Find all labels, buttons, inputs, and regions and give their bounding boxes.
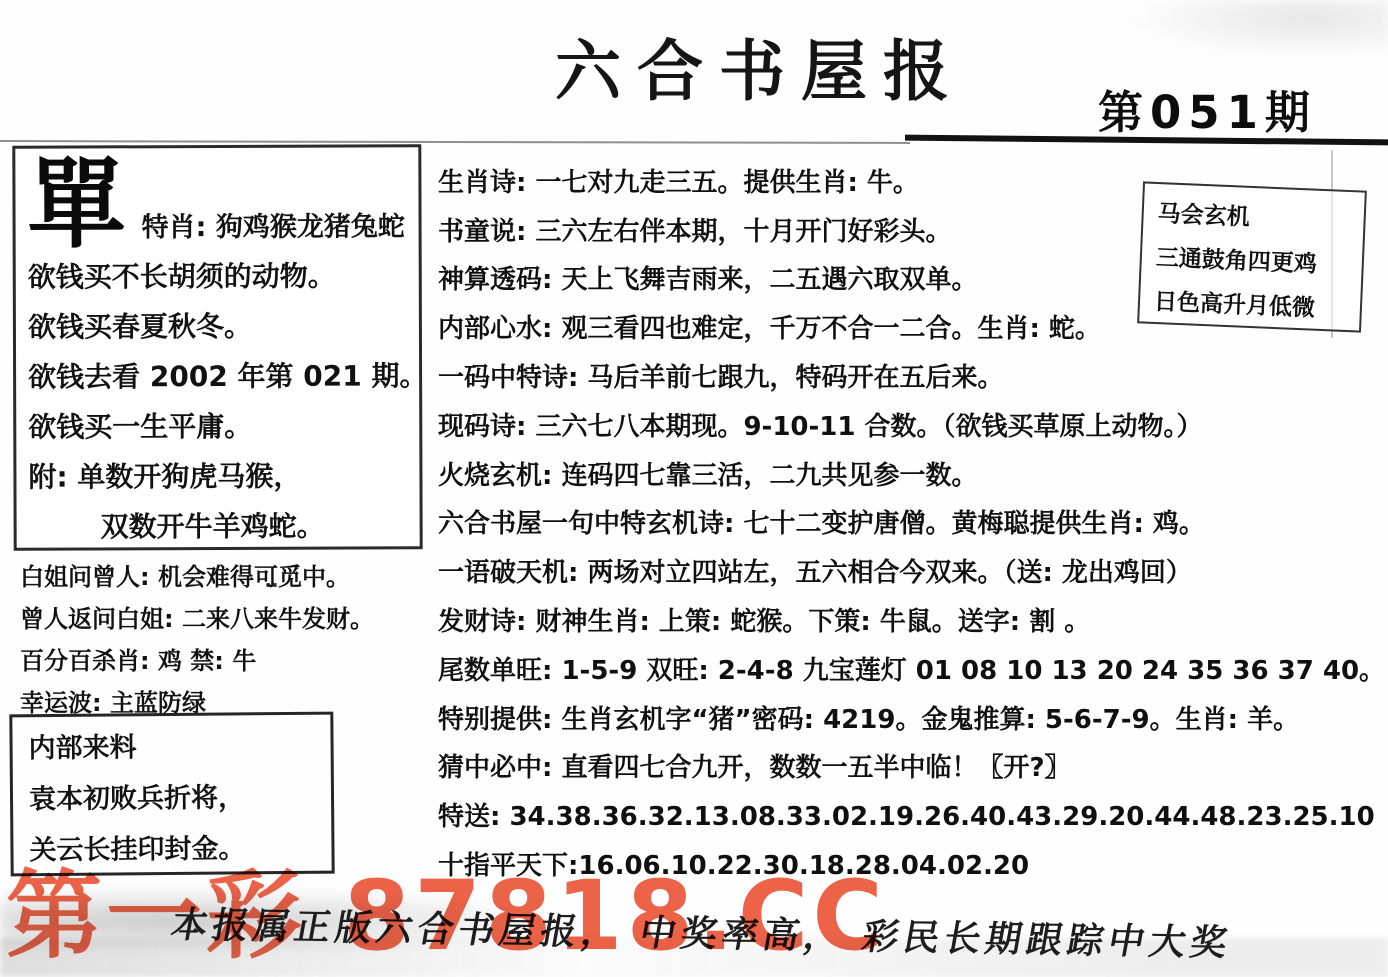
big-character-dan: 單 [27, 159, 125, 252]
prediction-line: 火烧玄机: 连码四七靠三活，二九共见参一数。 [438, 449, 1358, 498]
prediction-line: 猜中必中: 直看四七合九开，数数一五半中临！〖开?〗 [438, 742, 1358, 791]
prediction-line: 发财诗: 财神生肖: 上策: 蛇猴。下策: 牛鼠。送字: 割 。 [438, 595, 1358, 644]
single-box-line: 欲钱去看 2002 年第 021 期。 [28, 351, 409, 402]
prediction-line: 特送: 34.38.36.32.13.08.33.02.19.26.40.43.… [438, 790, 1358, 839]
prediction-line: 特别提供: 生肖玄机字“猪”密码: 4219。金鬼推算: 5-6-7-9。生肖:… [438, 693, 1358, 742]
single-box-header: 單 特肖: 狗鸡猴龙猪兔蛇 [27, 151, 408, 252]
single-box-line: 欲钱买不长胡须的动物。 [28, 251, 409, 302]
left-note: 曾人返问白姐: 二来八来牛发财。 [20, 598, 374, 640]
scan-smudge [1120, 0, 1388, 60]
single-box-line: 欲钱买春夏秋冬。 [28, 301, 409, 352]
issue-number: 第051期 [1098, 76, 1317, 141]
left-notes: 白姐问曾人: 机会难得可觅中。 曾人返问白姐: 二来八来牛发财。 百分百杀肖: … [20, 556, 374, 724]
newspaper-page: 六合书屋报 第051期 單 特肖: 狗鸡猴龙猪兔蛇 欲钱买不长胡须的动物。 欲钱… [0, 0, 1388, 977]
watermark-site-ad: 第一彩 87818.CC [6, 840, 887, 977]
single-box-line: 附: 单数开狗虎马猴， [28, 451, 409, 502]
hint-box-line: 日色高升月低微 [1153, 280, 1347, 332]
texiao-line: 特肖: 狗鸡猴龙猪兔蛇 [142, 204, 405, 252]
single-prediction-box: 單 特肖: 狗鸡猴龙猪兔蛇 欲钱买不长胡须的动物。 欲钱买春夏秋冬。 欲钱去看 … [12, 144, 422, 550]
single-box-line: 双数开牛羊鸡蛇。 [29, 501, 410, 552]
insider-box-line: 袁本初败兵折将， [29, 772, 315, 825]
prediction-line: 现码诗: 三六七八本期现。9-10-11 合数。（欲钱买草原上动物。） [438, 400, 1358, 449]
divider-thin [0, 140, 910, 144]
prediction-line: 六合书屋一句中特玄机诗: 七十二变护唐僧。黄梅聪提供生肖: 鸡。 [438, 498, 1358, 547]
page-title: 六合书屋报 [440, 18, 1080, 113]
horse-club-mystery-box: 马会玄机 三通鼓角四更鸡 日色高升月低微 [1137, 181, 1367, 332]
prediction-line: 一语破天机: 两场对立四站左，五六相合今双来。（送: 龙出鸡回） [438, 546, 1358, 595]
insider-box-title: 内部来料 [28, 721, 314, 774]
left-note: 百分百杀肖: 鸡 禁: 牛 [20, 640, 374, 682]
prediction-line: 尾数单旺: 1-5-9 双旺: 2-4-8 九宝莲灯 01 08 10 13 2… [438, 644, 1358, 693]
left-note: 白姐问曾人: 机会难得可觅中。 [20, 556, 374, 598]
single-box-line: 欲钱买一生平庸。 [28, 401, 409, 452]
prediction-line: 一码中特诗: 马后羊前七跟九，特码开在五后来。 [438, 351, 1358, 400]
